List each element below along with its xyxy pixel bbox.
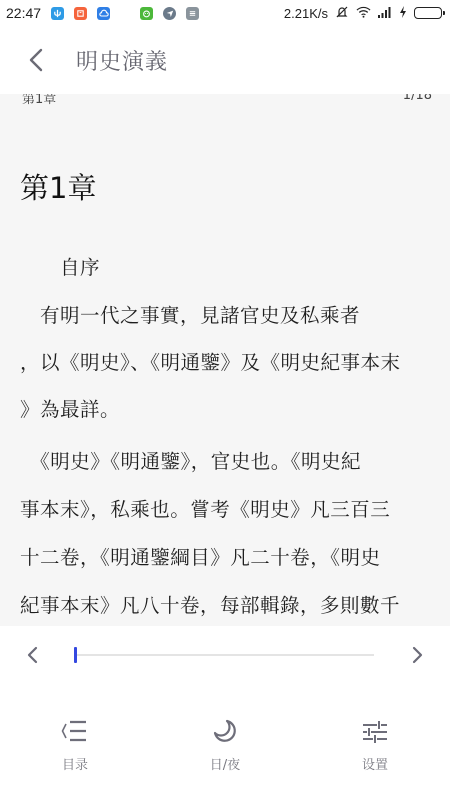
running-header: 第1章 1/18 bbox=[0, 94, 450, 104]
page-indicator: 1/18 bbox=[403, 94, 432, 104]
mute-alarm-icon bbox=[335, 5, 349, 22]
chevron-right-icon bbox=[412, 646, 424, 664]
progress-thumb[interactable] bbox=[74, 647, 77, 663]
running-chapter-name: 第1章 bbox=[22, 94, 56, 104]
book-title: 明史演義 bbox=[76, 45, 168, 76]
progress-track[interactable] bbox=[76, 654, 374, 656]
wifi-icon bbox=[356, 6, 371, 21]
signal-icon bbox=[378, 6, 392, 21]
shop-app-icon bbox=[74, 7, 87, 20]
day-night-label: 日/夜 bbox=[210, 754, 240, 773]
text-line: 有明一代之事實，見諸官史及私乘者 bbox=[20, 300, 432, 328]
chapter-title: 第1章 bbox=[20, 166, 96, 207]
settings-button[interactable]: 设置 bbox=[340, 716, 410, 773]
android-app-icon bbox=[140, 7, 153, 20]
prev-chapter-button[interactable] bbox=[12, 635, 52, 675]
bottom-toolbar: 目录 日/夜 设置 bbox=[0, 700, 450, 800]
text-line: 紀事本末》凡八十卷，每部輯錄，多則數千 bbox=[20, 590, 432, 618]
usb-icon bbox=[51, 7, 64, 20]
status-time: 22:47 bbox=[6, 5, 41, 21]
settings-label: 设置 bbox=[362, 754, 388, 773]
text-line: ，以《明史》、《明通鑒》及《明史紀事本末 bbox=[20, 347, 432, 375]
chevron-left-icon bbox=[28, 48, 44, 72]
text-line: 十二卷，《明通鑒綱目》凡二十卷，《明史 bbox=[20, 542, 432, 570]
charging-icon bbox=[399, 6, 407, 21]
chapter-progress-bar bbox=[0, 626, 450, 684]
toc-button[interactable]: 目录 bbox=[40, 716, 110, 773]
status-bar: 22:47 2.21K/s bbox=[0, 0, 450, 26]
toc-label: 目录 bbox=[62, 754, 88, 773]
text-line: 事本末》，私乘也。嘗考《明史》凡三百三 bbox=[20, 494, 432, 522]
network-speed: 2.21K/s bbox=[284, 6, 328, 21]
app-header: 明史演義 bbox=[0, 26, 450, 94]
next-chapter-button[interactable] bbox=[398, 635, 438, 675]
cloud-app-icon bbox=[97, 7, 110, 20]
notes-app-icon bbox=[186, 7, 199, 20]
battery-icon bbox=[414, 7, 442, 19]
table-of-contents-icon bbox=[60, 716, 90, 746]
moon-icon bbox=[210, 716, 240, 746]
day-night-toggle[interactable]: 日/夜 bbox=[190, 716, 260, 773]
text-line: 自序 bbox=[20, 252, 432, 280]
telegram-icon bbox=[163, 7, 176, 20]
chevron-left-icon bbox=[26, 646, 38, 664]
text-line: 《明史》《明通鑒》，官史也。《明史紀 bbox=[20, 446, 432, 474]
reader-content[interactable]: 第1章 1/18 第1章 自序 有明一代之事實，見諸官史及私乘者 ，以《明史》、… bbox=[0, 94, 450, 626]
settings-sliders-icon bbox=[360, 716, 390, 746]
text-line: 》為最詳。 bbox=[20, 394, 432, 422]
back-button[interactable] bbox=[6, 26, 66, 94]
